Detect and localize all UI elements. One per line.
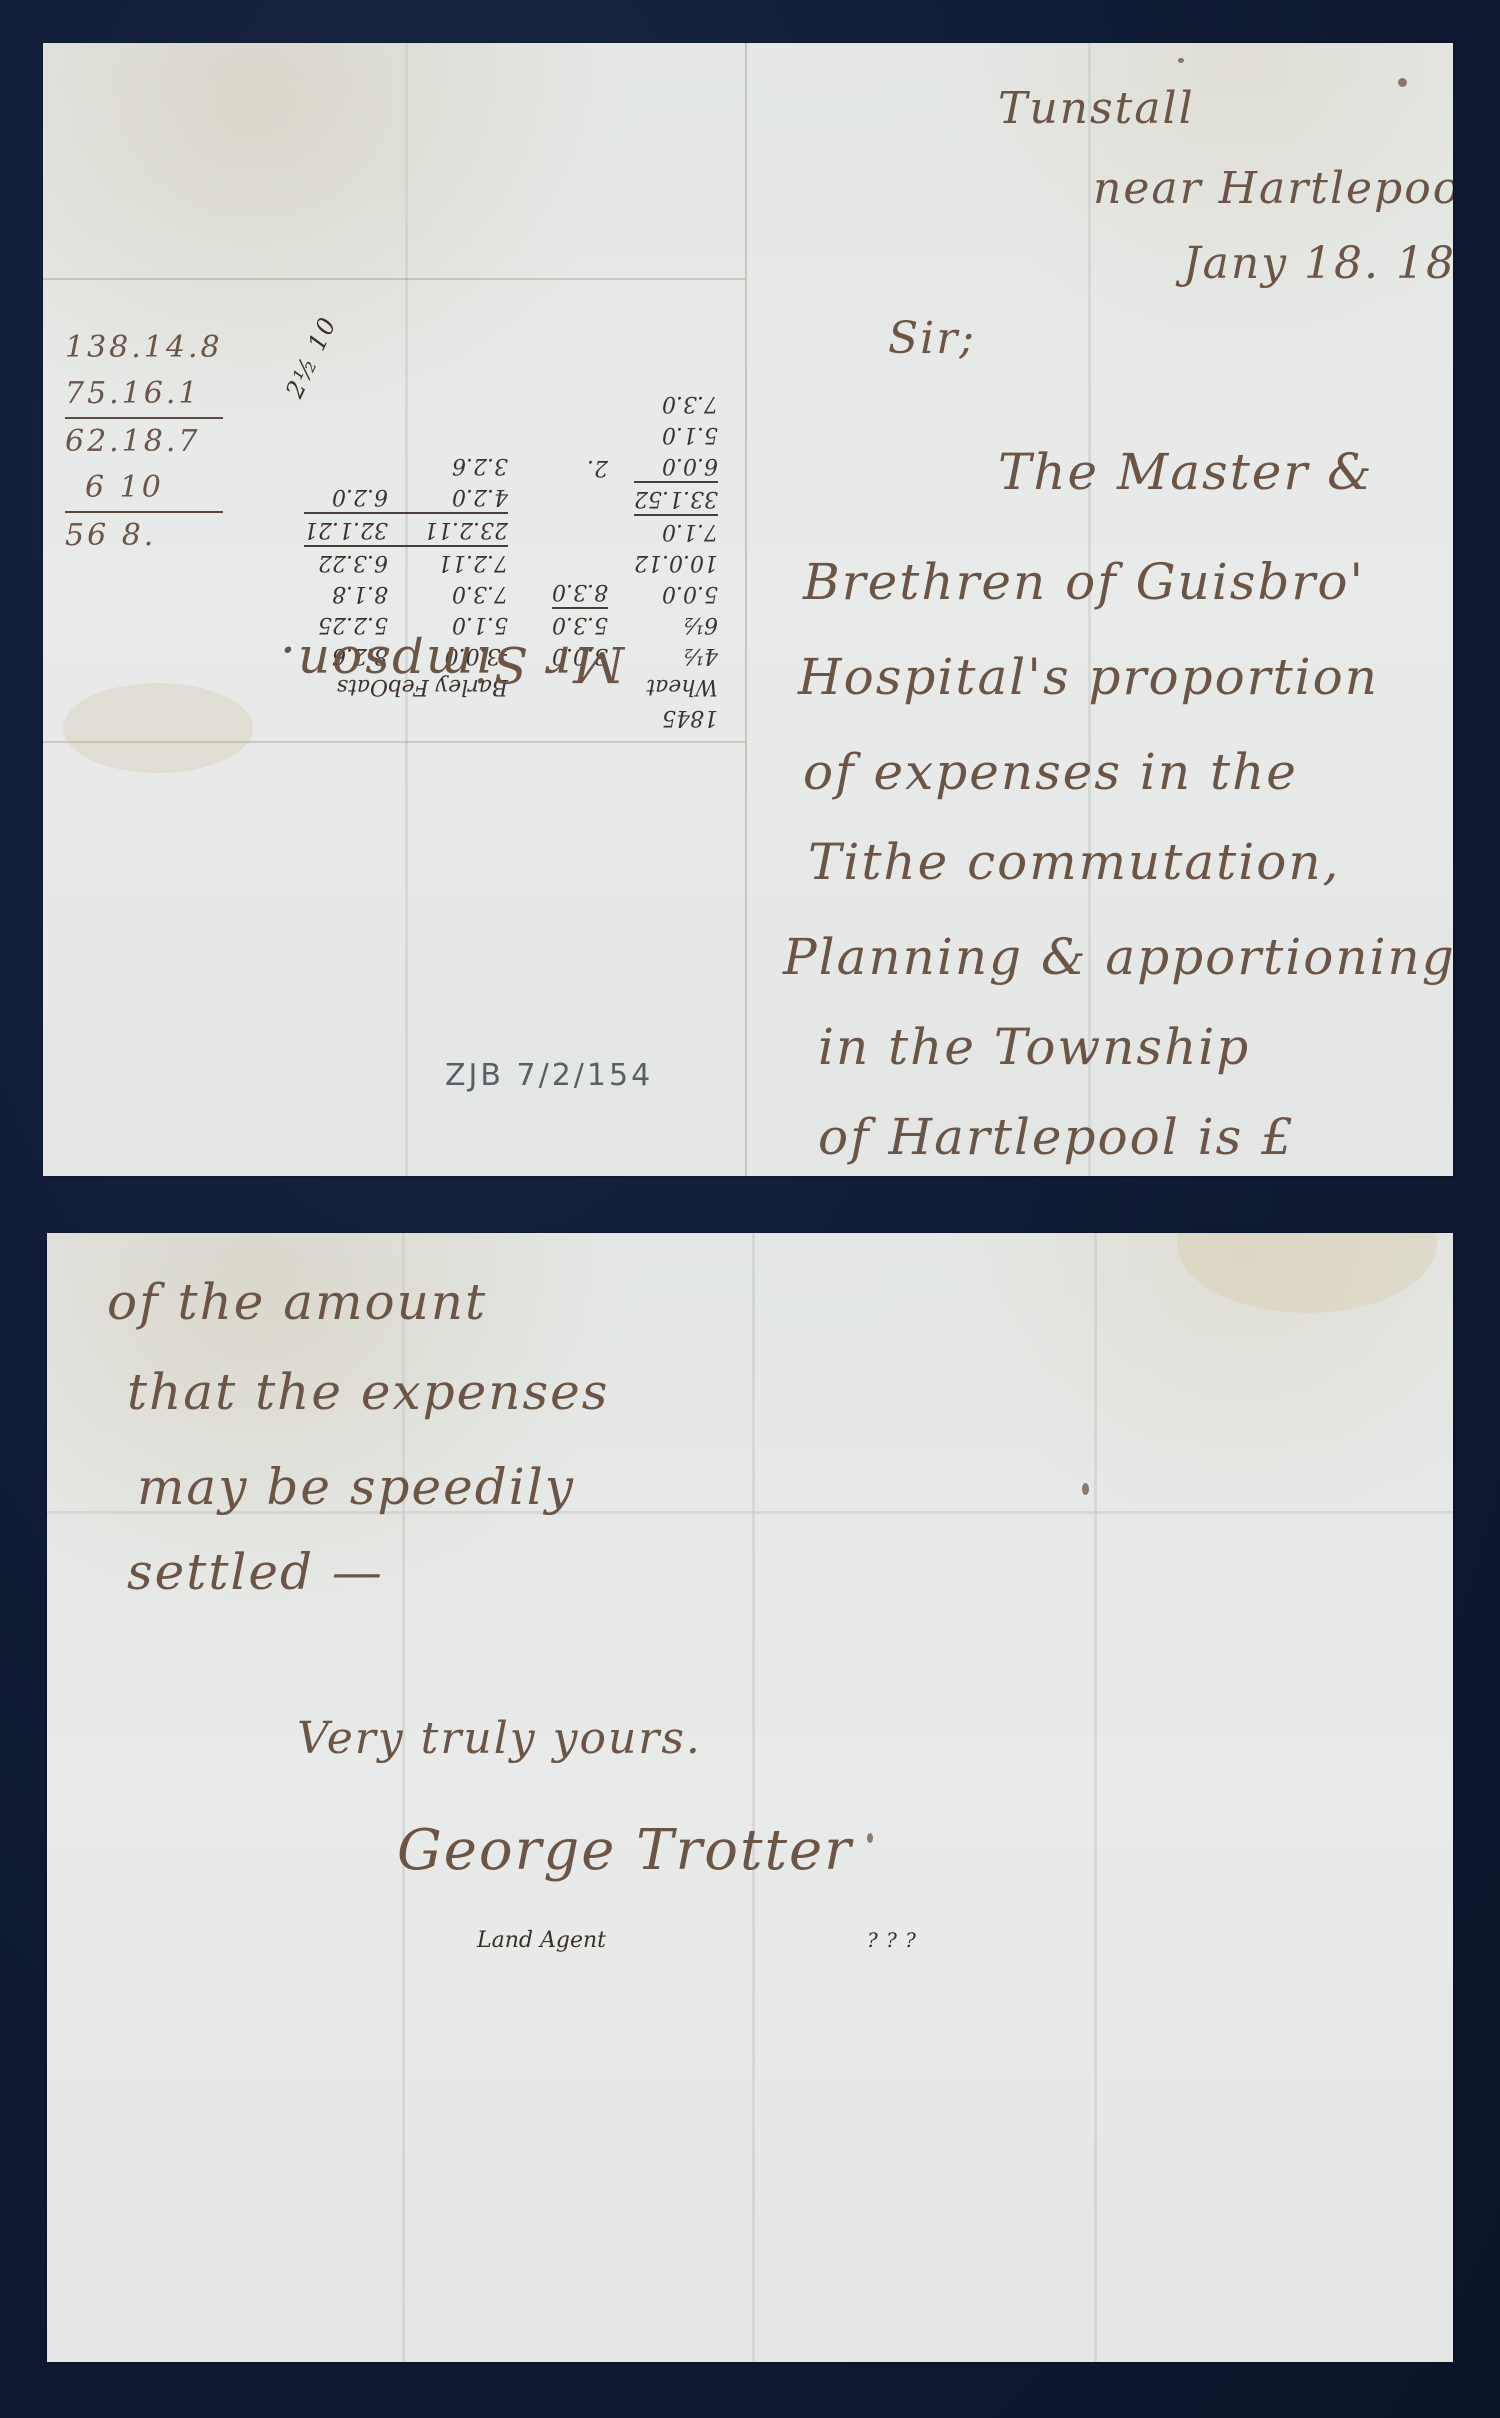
account-cell: 23.2.11 — [388, 514, 508, 547]
signature: George Trotter — [397, 1818, 853, 1883]
letter-date: Jany 18. 1847. — [1183, 238, 1453, 289]
annotation-illegible: ? ? ? — [867, 1928, 917, 1952]
account-header — [552, 702, 608, 733]
account-header — [304, 702, 388, 733]
body-line: of expenses in the — [803, 743, 1298, 801]
body-line: The Master & — [998, 443, 1374, 501]
account-column: 1845 Wheat 4½ 6½ 5.0.0 10.0.12 7.1.0 33.… — [634, 388, 718, 733]
closing: Very truly yours. — [297, 1713, 702, 1764]
salutation: Sir; — [888, 313, 976, 364]
account-cell: 7.3.0 — [388, 578, 508, 609]
account-cell: 6.2.0 — [304, 481, 388, 514]
water-stain — [1177, 1233, 1437, 1313]
sum-line: 75.16.1 — [65, 371, 223, 417]
account-cell: 4.2.0 — [388, 481, 508, 514]
ink-spot — [1178, 58, 1184, 63]
body-line: in the Township — [818, 1018, 1250, 1076]
body-line: may be speedily — [137, 1458, 575, 1516]
ink-spot — [867, 1833, 873, 1843]
account-cell: 7.1.0 — [634, 516, 718, 547]
ink-spot — [1082, 1483, 1089, 1495]
account-cell: 6.3.22 — [304, 547, 388, 578]
vertical-fold-right — [1094, 1233, 1097, 2362]
body-line: that the expenses — [127, 1363, 609, 1421]
body-line: Brethren of Guisbro' — [803, 553, 1365, 611]
account-cell: 3.2.6 — [388, 450, 508, 481]
account-cell: 8.3.0 — [552, 576, 608, 609]
account-cell: 6.0.0 — [634, 450, 718, 483]
account-cell: 6½ — [634, 609, 718, 640]
body-line: Planning & apportioning — [783, 928, 1453, 986]
account-cell: 32.1.21 — [304, 514, 388, 547]
water-stain — [63, 683, 253, 773]
letter-place: Tunstall — [998, 83, 1195, 134]
account-cell: 2. — [552, 452, 608, 483]
ink-spot — [1398, 78, 1407, 87]
sum-line: 138.14.8 — [65, 325, 223, 371]
center-fold — [752, 1233, 755, 2362]
account-cell: Wheat — [634, 671, 718, 702]
body-line: of Hartlepool is £ — [818, 1108, 1295, 1166]
archive-reference: ZJB 7/2/154 — [445, 1058, 653, 1093]
sum-line: 56 8. — [65, 511, 223, 559]
account-cell: 33.1.52 — [634, 483, 718, 516]
body-line: settled — — [127, 1543, 384, 1601]
horizontal-fold-upper — [43, 278, 745, 280]
letter-page-recto: Tunstall near Hartlepool Jany 18. 1847. … — [43, 43, 1453, 1176]
letter-page-verso: of the amount that the expenses may be s… — [47, 1233, 1453, 2362]
sum-line: 62.18.7 — [65, 417, 223, 465]
annotation-land-agent: Land Agent — [477, 1928, 606, 1953]
account-header — [388, 702, 508, 733]
letter-near: near Hartlepool — [1093, 163, 1453, 214]
account-cell: 7.3.0 — [634, 388, 718, 419]
body-line: Tithe commutation, — [808, 833, 1340, 891]
account-cell: 8.1.8 — [304, 578, 388, 609]
account-header: 1845 — [634, 702, 718, 733]
account-cell — [552, 545, 608, 576]
account-title: Mr Simpson. — [278, 635, 625, 693]
sum-line: 6 10 — [65, 465, 223, 511]
account-column: Oats 8.2.6 5.2.25 8.1.8 6.3.22 32.1.21 6… — [304, 481, 388, 733]
account-cell: 5.0.0 — [634, 578, 718, 609]
account-cell: 5.1.0 — [634, 419, 718, 450]
center-fold — [745, 43, 747, 1176]
subtraction-calc: 138.14.8 75.16.1 62.18.7 6 10 56 8. — [65, 325, 223, 559]
account-cell: 7.2.11 — [388, 547, 508, 578]
account-cell: 10.0.12 — [634, 547, 718, 578]
account-cell — [552, 483, 608, 514]
body-line: Hospital's proportion — [798, 648, 1379, 706]
account-cell — [552, 514, 608, 545]
account-cell: 4½ — [634, 640, 718, 671]
body-line: of the amount — [107, 1273, 487, 1331]
